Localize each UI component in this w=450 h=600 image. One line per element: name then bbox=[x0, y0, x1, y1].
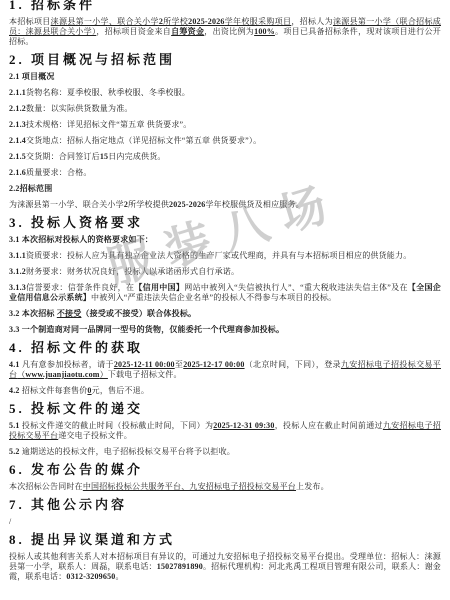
clause-5-1: 5.1 投标文件递交的截止时间（投标截止时间，下同）为2025-12-31 09… bbox=[9, 421, 441, 441]
text-segment: ，招标人为 bbox=[291, 17, 333, 26]
text-segment: 2025-2026 bbox=[169, 200, 205, 209]
text-segment: 招标文件每套售价 bbox=[22, 386, 88, 395]
subheading-2-1: 2.1 项目概况 bbox=[9, 72, 441, 82]
text-segment: 学年校服采购项目 bbox=[225, 17, 292, 26]
clause-3-2: 3.2 本次招标 不接受（接受或不接受）联合体投标。 bbox=[9, 309, 441, 319]
text-segment: 信誉要求：信誉条件良好，在 bbox=[26, 283, 134, 292]
text-segment: 日内完成供货。 bbox=[108, 152, 165, 161]
text-segment: 中国招标投标公共服务平台、九安招标电子招投标交易平台 bbox=[83, 482, 296, 491]
text-segment: 1. 招标条件 bbox=[9, 0, 95, 12]
text-segment: 3.1.3 bbox=[9, 283, 26, 292]
clause-3-3: 3.3 一个制造商对同一品牌同一型号的货物，仅能委托一个代理商参加投标。 bbox=[9, 325, 441, 335]
text-segment: ，招标项目资金来自 bbox=[96, 27, 171, 36]
section-heading-6: 6. 发布公告的媒介 bbox=[9, 463, 441, 476]
text-segment: 元，售后不退。 bbox=[92, 386, 149, 395]
text-segment: 2. 项目概况与招标范围 bbox=[9, 52, 175, 67]
text-segment: 2.1 项目概况 bbox=[9, 72, 55, 81]
text-segment: 3.1.1 bbox=[9, 251, 26, 260]
text-segment: 2.1.4 bbox=[9, 136, 26, 145]
text-segment: 。 bbox=[115, 572, 123, 581]
text-segment: 4.2 bbox=[9, 386, 22, 395]
clause-2-1-3: 2.1.3技术规格：详见招标文件“第五章 供货要求”。 bbox=[9, 120, 441, 130]
text-segment: 下载电子招标文件。 bbox=[108, 370, 182, 379]
text-segment: 4. 招标文件的获取 bbox=[9, 340, 143, 355]
clause-2-1-5: 2.1.5交货期：合同签订后15日内完成供货。 bbox=[9, 152, 441, 162]
paragraph-1-body: 本招标项目涞源县第一小学、联合关小学2所学校2025-2026学年校服采购项目，… bbox=[9, 17, 441, 47]
text-segment: 上发布。 bbox=[296, 482, 329, 491]
section-heading-7: 7. 其他公示内容 bbox=[9, 498, 441, 511]
text-segment: 2025-2026 bbox=[188, 17, 224, 26]
clause-2-1-2: 2.1.2数量：以实际供货数量为准。 bbox=[9, 104, 441, 114]
section-heading-2: 2. 项目概况与招标范围 bbox=[9, 53, 441, 66]
text-segment: 学年校服供货及相应服务。 bbox=[205, 200, 303, 209]
clause-2-2-body: 为涞源县第一小学、联合关小学2所学校提供2025-2026学年校服供货及相应服务… bbox=[9, 200, 441, 210]
text-segment: 2.1.2 bbox=[9, 104, 26, 113]
text-segment: 交货地点：招标人指定地点（详见招标文件“第五章 供货要求”）。 bbox=[26, 136, 261, 145]
text-segment: 不接受 bbox=[57, 309, 82, 318]
text-segment: / bbox=[9, 517, 11, 526]
subheading-2-2: 2.2招标范围 bbox=[9, 184, 441, 194]
text-segment: 2025-12-31 09:30 bbox=[213, 421, 274, 430]
clause-2-1-1: 2.1.1货物名称：夏季校服、秋季校服、冬季校服。 bbox=[9, 88, 441, 98]
text-segment: 2.1.6 bbox=[9, 168, 26, 177]
section-heading-8: 8. 提出异议渠道和方式 bbox=[9, 533, 441, 546]
text-segment: 至 bbox=[175, 360, 184, 369]
section-heading-3: 3. 投标人资格要求 bbox=[9, 216, 441, 229]
clause-3-1-3: 3.1.3信誉要求：信誉条件良好，在【信用中国】网站中被列入“失信被执行人”、“… bbox=[9, 283, 441, 303]
text-segment: 4.1 bbox=[9, 360, 22, 369]
text-segment: 2.1.3 bbox=[9, 120, 26, 129]
text-segment: 15 bbox=[100, 152, 108, 161]
text-segment: 3.1.2 bbox=[9, 267, 26, 276]
text-segment: 货物名称：夏季校服、秋季校服、冬季校服。 bbox=[26, 88, 190, 97]
text-segment: 3.1 本次招标对投标人的资格要求如下： bbox=[9, 235, 153, 244]
text-segment: 网站中被列入“失信被执行人”、“重大税收违法失信主体”及在 bbox=[184, 283, 408, 292]
clause-4-2: 4.2 招标文件每套售价0元，售后不退。 bbox=[9, 386, 441, 396]
clause-2-1-6: 2.1.6质量要求：合格。 bbox=[9, 168, 441, 178]
text-segment: 7. 其他公示内容 bbox=[9, 497, 127, 512]
text-segment: 凡有意参加投标者，请于 bbox=[22, 360, 114, 369]
text-segment: 递交电子投标文件。 bbox=[58, 431, 132, 440]
text-segment: ，出资比例为 bbox=[204, 27, 254, 36]
text-segment: 6. 发布公告的媒介 bbox=[9, 462, 143, 477]
text-segment: 本次招标公告同时在 bbox=[9, 482, 83, 491]
text-segment: 5.1 bbox=[9, 421, 22, 430]
text-segment: ） bbox=[100, 370, 108, 379]
text-segment: 2025-12-17 00:00 bbox=[183, 360, 244, 369]
text-segment: 交货期：合同签订后 bbox=[26, 152, 100, 161]
clause-6-body: 本次招标公告同时在中国招标投标公共服务平台、九安招标电子招投标交易平台上发布。 bbox=[9, 482, 441, 492]
text-segment: 3. 投标人资格要求 bbox=[9, 215, 143, 230]
section-heading-4: 4. 招标文件的获取 bbox=[9, 341, 441, 354]
text-segment: www.juanjiaotu.com bbox=[25, 370, 99, 379]
document-body: 1. 招标条件本招标项目涞源县第一小学、联合关小学2所学校2025-2026学年… bbox=[9, 0, 441, 582]
text-segment: 技术规格：详见招标文件“第五章 供货要求”。 bbox=[26, 120, 192, 129]
text-segment: 100% bbox=[254, 27, 275, 36]
text-segment: 2.1.1 bbox=[9, 88, 26, 97]
tender-document-page: 1. 招标条件本招标项目涞源县第一小学、联合关小学2所学校2025-2026学年… bbox=[0, 0, 450, 595]
text-segment: 数量：以实际供货数量为准。 bbox=[26, 104, 133, 113]
clause-3-1-1: 3.1.1资质要求：投标人应为具有独立企业法人资格的生产厂家或代理商，并具有与本… bbox=[9, 251, 441, 261]
clause-7-body: / bbox=[9, 517, 441, 527]
clause-4-1: 4.1 凡有意参加投标者，请于2025-12-11 00:00至2025-12-… bbox=[9, 360, 441, 380]
text-segment: 3.2 本次招标 bbox=[9, 309, 57, 318]
text-segment: 2.1.5 bbox=[9, 152, 26, 161]
text-segment: 资质要求：投标人应为具有独立企业法人资格的生产厂家或代理商，并具有与本招标项目相… bbox=[26, 251, 411, 260]
section-heading-5: 5. 投标文件的递交 bbox=[9, 402, 441, 415]
clause-3-1-2: 3.1.2财务要求：财务状况良好，投标人以承诺函形式自行承诺。 bbox=[9, 267, 441, 277]
text-segment: 【信用中国】 bbox=[134, 283, 184, 292]
clause-8-body: 投标人或其他利害关系人对本招标项目有异议的，可通过九安招标电子招投标交易平台提出… bbox=[9, 552, 441, 582]
text-segment: ，投标人应在截止时间前通过 bbox=[275, 421, 383, 430]
text-segment: 中被列入“严重违法失信企业名单”的投标人不得参与本项目的投标。 bbox=[91, 293, 336, 302]
text-segment: （接受或不接受）联合体投标。 bbox=[81, 309, 196, 318]
clause-2-1-4: 2.1.4交货地点：招标人指定地点（详见招标文件“第五章 供货要求”）。 bbox=[9, 136, 441, 146]
text-segment: 0312-3209650 bbox=[66, 572, 115, 581]
text-segment: 所学校 bbox=[163, 17, 188, 26]
text-segment: 2.2招标范围 bbox=[9, 184, 52, 193]
text-segment: 2025-12-11 00:00 bbox=[114, 360, 175, 369]
text-segment: 3.3 一个制造商对同一品牌同一型号的货物，仅能委托一个代理商参加投标。 bbox=[9, 325, 284, 334]
text-segment: 所学校提供 bbox=[128, 200, 169, 209]
text-segment: 自筹资金 bbox=[171, 27, 204, 36]
text-segment: 财务要求：财务状况良好，投标人以承诺函形式自行承诺。 bbox=[26, 267, 239, 276]
text-segment: 为涞源县第一小学、联合关小学 bbox=[9, 200, 124, 209]
text-segment: 质量要求：合格。 bbox=[26, 168, 92, 177]
clause-5-2: 5.2 逾期送达的投标文件，电子招标投标交易平台将予以拒收。 bbox=[9, 447, 441, 457]
text-segment: 本招标项目 bbox=[9, 17, 51, 26]
text-segment: 5. 投标文件的递交 bbox=[9, 401, 143, 416]
subheading-3-1: 3.1 本次招标对投标人的资格要求如下： bbox=[9, 235, 441, 245]
text-segment: 15027891890 bbox=[157, 562, 203, 571]
text-segment: 8. 提出异议渠道和方式 bbox=[9, 532, 175, 547]
text-segment: （北京时间，下同），登录 bbox=[245, 360, 341, 369]
text-segment: 投标文件递交的截止时间（投标截止时间，下同）为 bbox=[22, 421, 213, 430]
text-segment: 5.2 bbox=[9, 447, 22, 456]
text-segment: 涞源县第一小学、联合关小学 bbox=[51, 17, 159, 26]
section-heading-1: 1. 招标条件 bbox=[9, 0, 441, 11]
text-segment: 逾期送达的投标文件，电子招标投标交易平台将予以拒收。 bbox=[22, 447, 235, 456]
